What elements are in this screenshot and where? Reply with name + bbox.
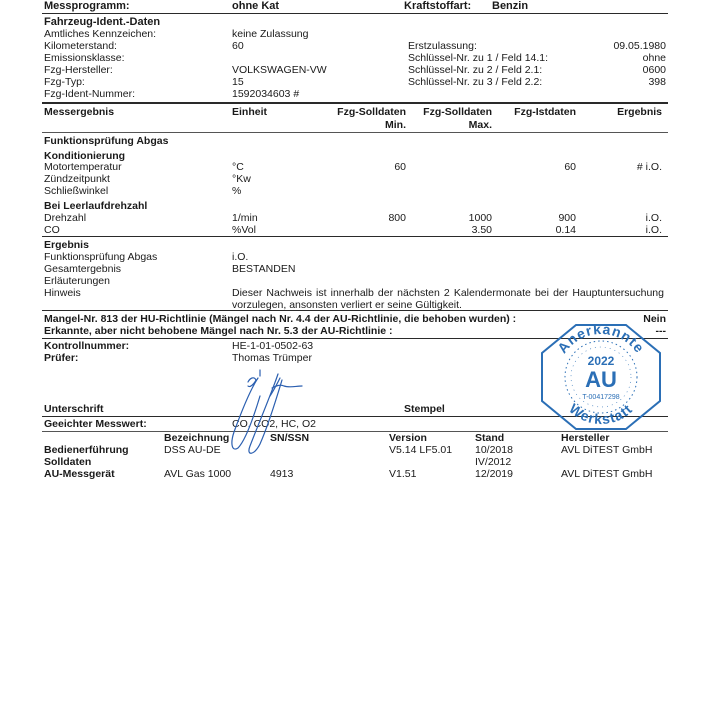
divider [42,132,668,133]
vehicle-field-label: Schlüssel-Nr. zu 3 / Feld 2.2: [408,76,542,88]
vehicle-field-label: Fzg-Hersteller: [44,64,113,76]
equipment-stand: 10/2018 [475,444,513,456]
svg-text:2022: 2022 [588,354,615,368]
col-header-messergebnis: Messergebnis [44,106,114,118]
vehicle-field-label: Schlüssel-Nr. zu 2 / Feld 2.1: [408,64,542,76]
summary-label-hinweis: Hinweis [44,287,81,299]
kraftstoff-value: Benzin [492,0,528,12]
measurement-actual: 60 [510,161,576,173]
vehicle-field-label: Kilometerstand: [44,40,117,52]
equipment-version: V5.14 LF5.01 [389,444,452,456]
kraftstoff-label: Kraftstoffart: [404,0,471,12]
measurement-name: Drehzahl [44,212,86,224]
divider [42,13,668,14]
equipment-hersteller: AVL DiTEST GmbH [561,444,652,456]
kontrollnummer-label: Kontrollnummer: [44,340,129,352]
col-header-soll-max-sub: Max. [390,119,492,131]
summary-title: Ergebnis [44,239,89,251]
summary-label-funktion: Funktionsprüfung Abgas [44,251,157,263]
divider [42,236,668,237]
svg-text:AU: AU [585,367,617,392]
vehicle-field-value: 1592034603 # [232,88,299,100]
equipment-label: Bedienerführung [44,444,129,456]
stamp-icon: Anerkannte Werkstatt 2022 AU T-00417298 [538,323,664,431]
section-funktionspruefung: Funktionsprüfung Abgas [44,135,168,147]
vehicle-field-value: 15 [232,76,244,88]
measurement-unit: %Vol [232,224,256,236]
geeicht-label: Geeichter Messwert: [44,418,147,430]
svg-text:Werkstatt: Werkstatt [566,400,635,427]
vehicle-field-value: 398 [580,76,666,88]
measurement-name: CO [44,224,60,236]
col-header-istdaten: Fzg-Istdaten [480,106,576,118]
equipment-bezeichnung: DSS AU-DE [164,444,221,456]
measurement-actual: 0.14 [510,224,576,236]
vehicle-field-label: Fzg-Typ: [44,76,85,88]
equipment-stand: 12/2019 [475,468,513,480]
vehicle-field-value: 09.05.1980 [580,40,666,52]
vehicle-field-label: Amtliches Kennzeichen: [44,28,156,40]
measurement-name: Zündzeitpunkt [44,173,110,185]
measurement-name: Motortemperatur [44,161,122,173]
pruefer-label: Prüfer: [44,352,78,364]
col-header-ergebnis: Ergebnis [590,106,662,118]
equipment-label: AU-Messgerät [44,468,115,480]
summary-label-gesamt: Gesamtergebnis [44,263,121,275]
vehicle-field-label: Fzg-Ident-Nummer: [44,88,135,100]
equip-header-hersteller: Hersteller [561,432,609,444]
equipment-sn: 4913 [270,468,293,480]
vehicle-section-title: Fahrzeug-Ident.-Daten [44,16,160,28]
vehicle-field-value: keine Zulassung [232,28,308,40]
measurement-max: 1000 [430,212,492,224]
group-leerlauf: Bei Leerlaufdrehzahl [44,200,147,212]
vehicle-field-label: Erstzulassung: [408,40,477,52]
equipment-label: Solldaten [44,456,91,468]
measurement-unit: % [232,185,241,197]
divider [42,310,668,311]
equip-header-version: Version [389,432,427,444]
equipment-version: V1.51 [389,468,416,480]
vehicle-field-value: VOLKSWAGEN-VW [232,64,327,76]
equipment-bezeichnung: AVL Gas 1000 [164,468,231,480]
equipment-stand: IV/2012 [475,456,511,468]
unterschrift-label: Unterschrift [44,403,104,415]
col-header-einheit: Einheit [232,106,267,118]
summary-value-funktion: i.O. [232,251,248,263]
measurement-unit: 1/min [232,212,258,224]
equipment-hersteller: AVL DiTEST GmbH [561,468,652,480]
vehicle-field-value: 60 [232,40,244,52]
measurement-result: i.O. [600,224,662,236]
defects-line2-label: Erkannte, aber nicht behobene Mängel nac… [44,325,393,337]
summary-value-gesamt: BESTANDEN [232,263,295,275]
summary-label-erlaeuterungen: Erläuterungen [44,275,110,287]
measurement-actual: 900 [510,212,576,224]
equip-header-stand: Stand [475,432,504,444]
messprogramm-label: Messprogramm: [44,0,130,12]
defects-line1-label: Mangel-Nr. 813 der HU-Richtlinie (Mängel… [44,313,516,325]
kontrollnummer-value: HE-1-01-0502-63 [232,340,313,352]
measurement-name: Schließwinkel [44,185,108,197]
measurement-result: i.O. [600,212,662,224]
vehicle-field-label: Schlüssel-Nr. zu 1 / Feld 14.1: [408,52,548,64]
svg-text:T-00417298: T-00417298 [582,394,619,401]
vehicle-field-label: Emissionsklasse: [44,52,125,64]
measurement-unit: °Kw [232,173,251,185]
measurement-max: 3.50 [430,224,492,236]
messprogramm-value: ohne Kat [232,0,279,12]
col-header-soll-max: Fzg-Solldaten [390,106,492,118]
measurement-result: # i.O. [600,161,662,173]
svg-text:Anerkannte: Anerkannte [554,323,648,356]
measurement-min: 800 [340,212,406,224]
signature-icon [220,360,330,460]
divider [42,102,668,104]
vehicle-field-value: 0600 [580,64,666,76]
vehicle-field-value: ohne [580,52,666,64]
measurement-unit: °C [232,161,244,173]
stempel-label: Stempel [404,403,445,415]
hinweis-text: Dieser Nachweis ist innerhalb der nächst… [232,287,664,311]
measurement-min: 60 [340,161,406,173]
